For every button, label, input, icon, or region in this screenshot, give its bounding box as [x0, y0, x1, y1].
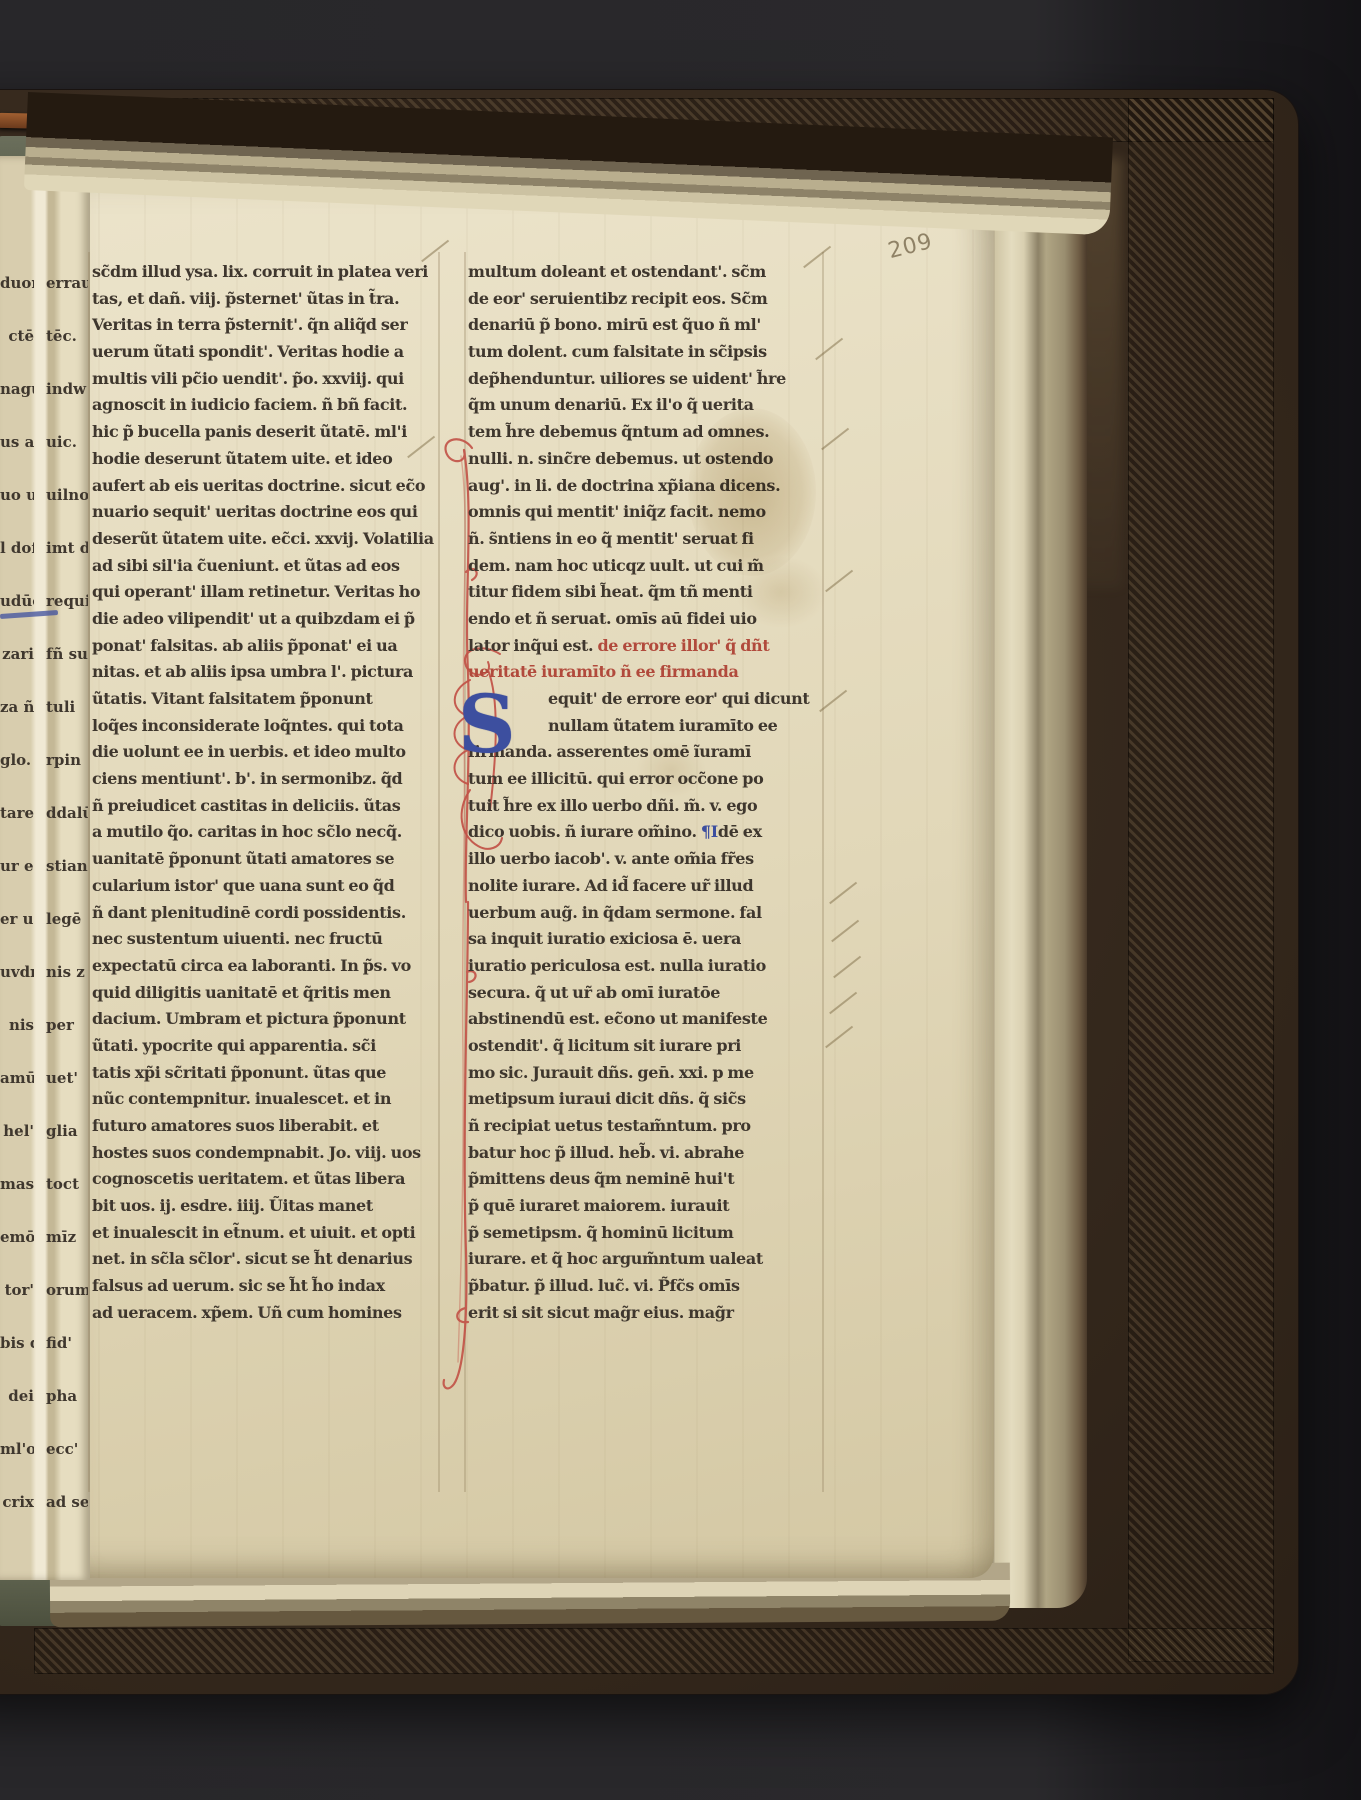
text-line: ueritatē iuramīto ñ ee firmanda [468, 662, 820, 689]
text-line: nis z [46, 963, 88, 1016]
body-text: denariū p̃ bono. mirū est q̃uo ñ ml' [468, 315, 761, 334]
body-text: batur hoc p̃ illud. heb̃. vi. abrahe [468, 1143, 744, 1162]
text-line: za ñ [0, 698, 34, 751]
text-line: multum doleant et ostendant'. sc̃m [468, 262, 820, 289]
text-line: quid diligitis uanitatē et q̃ritis men [92, 983, 438, 1010]
text-line: hostes suos condempnabit. Jo. viij. uos [92, 1143, 438, 1170]
body-text: p̃ quē iuraret maiorem. iurauit [468, 1196, 729, 1215]
text-line: titur fidem sibi h̃eat. q̃m tñ menti [468, 582, 820, 609]
body-text: tem h̃re debemus q̃ntum ad omnes. [468, 422, 769, 441]
text-line: fid' [46, 1334, 88, 1387]
text-line: er uc [0, 910, 34, 963]
body-text: nolite iurare. Ad id̃ facere ur̃ illud [468, 876, 753, 895]
body-text: omnis qui mentit' iniq̃z facit. nemo [468, 502, 766, 521]
text-line: ũtatis. Vitant falsitatem p̃ponunt [92, 689, 438, 716]
body-text: uerbum aug̃. in q̃dam sermone. fal [468, 903, 762, 922]
text-line: mīz [46, 1228, 88, 1281]
text-line: endo et ñ seruat. omīs aū fidei uio [468, 609, 820, 636]
body-text: p̃ semetipsm. q̃ hominū licitum [468, 1223, 733, 1242]
text-line: bis q [0, 1334, 34, 1387]
text-line: falsus ad uerum. sic se h̃t h̃o indax [92, 1276, 438, 1303]
ruling-line [822, 252, 824, 1492]
text-line: ñ. s̃ntiens in eo q̃ mentit' seruat fi [468, 529, 820, 556]
text-line: dem. nam hoc uticqz uult. ut cui m̃ [468, 556, 820, 583]
body-text: iuratio periculosa est. nulla iuratio [468, 956, 766, 975]
text-line: us ai [0, 433, 34, 486]
text-column-left: sc̃dm illud ysa. lix. corruit in platea … [92, 262, 438, 1330]
text-line: erraul' [46, 274, 88, 327]
text-line: lator inq̃ui est. de errore illor' q̃ dñ… [468, 636, 820, 663]
text-line: ctē [0, 327, 34, 380]
text-line: nũc contempnitur. inualescet. et in [92, 1089, 438, 1116]
text-line: et inualescit in et̃num. et uiuit. et op… [92, 1223, 438, 1250]
previous-page-sliver: duor'ctēnaguus aiuo ull dofcudūczariza ñ… [0, 156, 90, 1580]
text-line: batur hoc p̃ illud. heb̃. vi. abrahe [468, 1143, 820, 1170]
text-line: tuit h̃re ex illo uerbo dñi. m̃. v. ego [468, 796, 820, 823]
text-line: tare l' [0, 804, 34, 857]
text-line: uerbum aug̃. in q̃dam sermone. fal [468, 903, 820, 930]
text-line: ñ preiudicet castitas in deliciis. ũtas [92, 796, 438, 823]
text-line: p̃ quē iuraret maiorem. iurauit [468, 1196, 820, 1223]
text-line: ur est [0, 857, 34, 910]
text-line: die uolunt ee in uerbis. et ideo multo [92, 742, 438, 769]
text-line: p̃ semetipsm. q̃ hominū licitum [468, 1223, 820, 1250]
page-stack-fore-edge [985, 176, 1087, 1608]
body-text: titur fidem sibi h̃eat. q̃m tñ menti [468, 582, 753, 601]
text-line: glia [46, 1122, 88, 1175]
text-line: firmanda. asserentes omē ĩuramī [468, 742, 820, 769]
body-text: aug'. in li. de doctrina xp̃iana dicens. [468, 476, 780, 495]
text-line: nulli. n. sinc̃re debemus. ut ostendo [468, 449, 820, 476]
body-text: tum dolent. cum falsitate in sc̃ipsis [468, 342, 767, 361]
text-line: uilnor. [46, 486, 88, 539]
text-line: l dofc [0, 539, 34, 592]
body-text: nulli. n. sinc̃re debemus. ut ostendo [468, 449, 773, 468]
body-text: sa inquit iuratio exiciosa ē. uera [468, 929, 741, 948]
text-line: dico uobis. ñ iurare om̃ino. ¶Idē ex [468, 822, 820, 849]
text-line: die adeo vilipendit' ut a quibzdam ei p̃ [92, 609, 438, 636]
text-line: ñ recipiat uetus testam̃ntum. pro [468, 1116, 820, 1143]
body-text: de eor' seruientibz recipit eos. Sc̃m [468, 289, 767, 308]
body-text: mo sic. Jurauit dñs. gen̄. xxi. p me [468, 1063, 754, 1082]
text-line: uvdr [0, 963, 34, 1016]
text-line: sc̃dm illud ysa. lix. corruit in platea … [92, 262, 438, 289]
text-line: crix [0, 1493, 34, 1546]
body-text: dē ex [718, 822, 762, 841]
text-line: Veritas in terra p̃sternit'. q̃n aliq̃d … [92, 315, 438, 342]
text-line: legē [46, 910, 88, 963]
text-line: nolite iurare. Ad id̃ facere ur̃ illud [468, 876, 820, 903]
text-line: hodie deserunt ũtatem uite. et ideo [92, 449, 438, 476]
text-line: imt dr̃ [46, 539, 88, 592]
text-line: ecc' [46, 1440, 88, 1493]
body-text: tum ee illicitū. qui error occ̃one po [468, 769, 763, 788]
text-line: a mutilo q̃o. caritas in hoc sc̃lo necq̃… [92, 822, 438, 849]
text-line: uo ul [0, 486, 34, 539]
text-line: ostendit'. q̃ licitum sit iurare pri [468, 1036, 820, 1063]
body-text: equit' de errore eor' qui dicunt [548, 689, 809, 708]
text-line: aufert ab eis ueritas doctrine. sicut ec… [92, 476, 438, 503]
text-line: multis vili pc̃io uendit'. p̃o. xxviij. … [92, 369, 438, 396]
text-line: dacium. Umbram et pictura p̃ponunt [92, 1009, 438, 1036]
text-line: uic. [46, 433, 88, 486]
text-line: tas, et dañ. viij. p̃sternet' ũtas in t̃… [92, 289, 438, 316]
text-line: tatis xp̃i sc̃ritati p̃ponunt. ũtas que [92, 1063, 438, 1090]
text-line: agnoscit in iudicio faciem. ñ bñ facit. [92, 395, 438, 422]
text-line: metipsum iuraui dicit dñs. q̃ sic̃s [468, 1089, 820, 1116]
text-line: loq̃es inconsiderate loq̃ntes. qui tota [92, 716, 438, 743]
text-line: secura. q̃ ut ur̃ ab omī iuratōe [468, 983, 820, 1010]
body-text: tuit h̃re ex illo uerbo dñi. m̃. v. ego [468, 796, 757, 815]
text-line: tum ee illicitū. qui error occ̃one po [468, 769, 820, 796]
text-line: abstinendū est. ec̃ono ut manifeste [468, 1009, 820, 1036]
text-line: sa inquit iuratio exiciosa ē. uera [468, 929, 820, 956]
text-line: p̃mittens deus q̃m neminē hui't [468, 1169, 820, 1196]
text-line: nagu [0, 380, 34, 433]
text-line: ponat' falsitas. ab aliis p̃ponat' ei ua [92, 636, 438, 663]
body-text: ostendit'. q̃ licitum sit iurare pri [468, 1036, 741, 1055]
body-text: ñ recipiat uetus testam̃ntum. pro [468, 1116, 751, 1135]
text-line: iuratio periculosa est. nulla iuratio [468, 956, 820, 983]
text-line: futuro amatores suos liberabit. et [92, 1116, 438, 1143]
text-line: ad ueracem. xp̃em. Uñ cum homines [92, 1303, 438, 1330]
text-line: ad sibi sil'ia c̃ueniunt. et ũtas ad eos [92, 556, 438, 583]
text-column-right: multum doleant et ostendant'. sc̃mde eor… [468, 262, 820, 1330]
text-line: nec sustentum uiuenti. nec fructū [92, 929, 438, 956]
body-text: lator inq̃ui est. [468, 636, 597, 655]
text-line: dep̃henduntur. uiliores se uident' h̃re [468, 369, 820, 396]
text-line: duor' [0, 274, 34, 327]
text-line: p̃batur. p̃ illud. luc̃. vi. P̃fc̃s omīs [468, 1276, 820, 1303]
text-line: tum dolent. cum falsitate in sc̃ipsis [468, 342, 820, 369]
text-line: qui operant' illam retinetur. Veritas ho [92, 582, 438, 609]
text-line: tēc. [46, 327, 88, 380]
text-line: toct [46, 1175, 88, 1228]
body-text: metipsum iuraui dicit dñs. q̃ sic̃s [468, 1089, 746, 1108]
text-line: nitas. et ab aliis ipsa umbra l'. pictur… [92, 662, 438, 689]
text-line: equit' de errore eor' qui dicunt [468, 689, 820, 716]
text-line: ml'o [0, 1440, 34, 1493]
text-line: hel' [0, 1122, 34, 1175]
text-line: denariū p̃ bono. mirū est q̃uo ñ ml' [468, 315, 820, 342]
text-line: omnis qui mentit' iniq̃z facit. nemo [468, 502, 820, 529]
text-line: tor' [0, 1281, 34, 1334]
text-line: cognoscetis ueritatem. et ũtas libera [92, 1169, 438, 1196]
body-text: q̃m unum denariū. Ex il'o q̃ uerita [468, 395, 754, 414]
text-line: stian [46, 857, 88, 910]
text-line: mo sic. Jurauit dñs. gen̄. xxi. p me [468, 1063, 820, 1090]
text-line: nis [0, 1016, 34, 1069]
cover-tooled-border-bottom [34, 1628, 1274, 1674]
body-text: illo uerbo iacob'. v. ante om̃ia fr̃es [468, 849, 754, 868]
text-line: amū [0, 1069, 34, 1122]
text-line: nuario sequit' ueritas doctrine eos qui [92, 502, 438, 529]
blue-paragraph-mark: ¶I [701, 822, 718, 841]
previous-page-text-fragments: erraul'tēc.indwuic.uilnor.imt dr̃requifñ… [46, 274, 88, 1580]
text-line: indw [46, 380, 88, 433]
text-line: ciens mentiunt'. b'. in sermonibz. q̃d [92, 769, 438, 796]
previous-page-text-fragments: duor'ctēnaguus aiuo ull dofcudūczariza ñ… [0, 274, 34, 1580]
body-text: dico uobis. ñ iurare om̃ino. [468, 822, 701, 841]
text-line: uanitatē p̃ponunt ũtati amatores se [92, 849, 438, 876]
text-line: cularium istor' que uana sunt eo q̃d [92, 876, 438, 903]
text-line: uerum ũtati spondit'. Veritas hodie a [92, 342, 438, 369]
text-line: dei [0, 1387, 34, 1440]
text-line: fñ sup [46, 645, 88, 698]
text-line: orum [46, 1281, 88, 1334]
text-line: expectatū circa ea laboranti. In p̃s. vo [92, 956, 438, 983]
text-line: tuli [46, 698, 88, 751]
text-line: zari [0, 645, 34, 698]
body-text: p̃batur. p̃ illud. luc̃. vi. P̃fc̃s omīs [468, 1276, 740, 1295]
body-text: iurare. et q̃ hoc argum̃ntum ualeat [468, 1249, 763, 1268]
body-text: dep̃henduntur. uiliores se uident' h̃re [468, 369, 786, 388]
text-line: nullam ũtatem iuramīto ee [468, 716, 820, 743]
text-line: ddalū [46, 804, 88, 857]
text-line: deserũt ũtatem uite. ec̃ci. xxvij. Volat… [92, 529, 438, 556]
body-text: multum doleant et ostendant'. sc̃m [468, 262, 766, 281]
text-line: de eor' seruientibz recipit eos. Sc̃m [468, 289, 820, 316]
text-line: ad se [46, 1493, 88, 1546]
text-line: aug'. in li. de doctrina xp̃iana dicens. [468, 476, 820, 503]
rubric-text: de errore illor' q̃ dñt [597, 636, 769, 655]
body-text: endo et ñ seruat. omīs aū fidei uio [468, 609, 757, 628]
body-text: nullam ũtatem iuramīto ee [548, 716, 778, 735]
text-line: rpin [46, 751, 88, 804]
text-line: uet' [46, 1069, 88, 1122]
ruling-line [88, 252, 90, 1492]
text-line: hic p̃ bucella panis deserit ũtatē. ml'i [92, 422, 438, 449]
text-line: q̃m unum denariū. Ex il'o q̃ uerita [468, 395, 820, 422]
body-text: erit si sit sicut mag̃r eius. mag̃r [468, 1303, 734, 1322]
text-line: ũtati. ypocrite qui apparentia. sc̃i [92, 1036, 438, 1063]
text-line: emō [0, 1228, 34, 1281]
text-line: pha [46, 1387, 88, 1440]
text-line: mas [0, 1175, 34, 1228]
manuscript-photo: duor'ctēnaguus aiuo ull dofcudūczariza ñ… [0, 0, 1361, 1800]
text-line: net. in sc̃la sc̃lor'. sicut se h̃t dena… [92, 1249, 438, 1276]
blue-initial-s: S [458, 688, 516, 760]
body-text: abstinendū est. ec̃ono ut manifeste [468, 1009, 767, 1028]
text-line: iurare. et q̃ hoc argum̃ntum ualeat [468, 1249, 820, 1276]
text-line: glo. so [0, 751, 34, 804]
text-line: tem h̃re debemus q̃ntum ad omnes. [468, 422, 820, 449]
body-text: dem. nam hoc uticqz uult. ut cui m̃ [468, 556, 764, 575]
text-line: erit si sit sicut mag̃r eius. mag̃r [468, 1303, 820, 1330]
text-line: requi [46, 592, 88, 645]
text-line: bit uos. ij. esdre. iiij. Ũitas manet [92, 1196, 438, 1223]
body-text: p̃mittens deus q̃m neminē hui't [468, 1169, 734, 1188]
text-line: illo uerbo iacob'. v. ante om̃ia fr̃es [468, 849, 820, 876]
text-line: per [46, 1016, 88, 1069]
text-line: ñ dant plenitudinē cordi possidentis. [92, 903, 438, 930]
cover-tooled-border-right [1128, 98, 1274, 1662]
body-text: secura. q̃ ut ur̃ ab omī iuratōe [468, 983, 720, 1002]
body-text: ñ. s̃ntiens in eo q̃ mentit' seruat fi [468, 529, 754, 548]
